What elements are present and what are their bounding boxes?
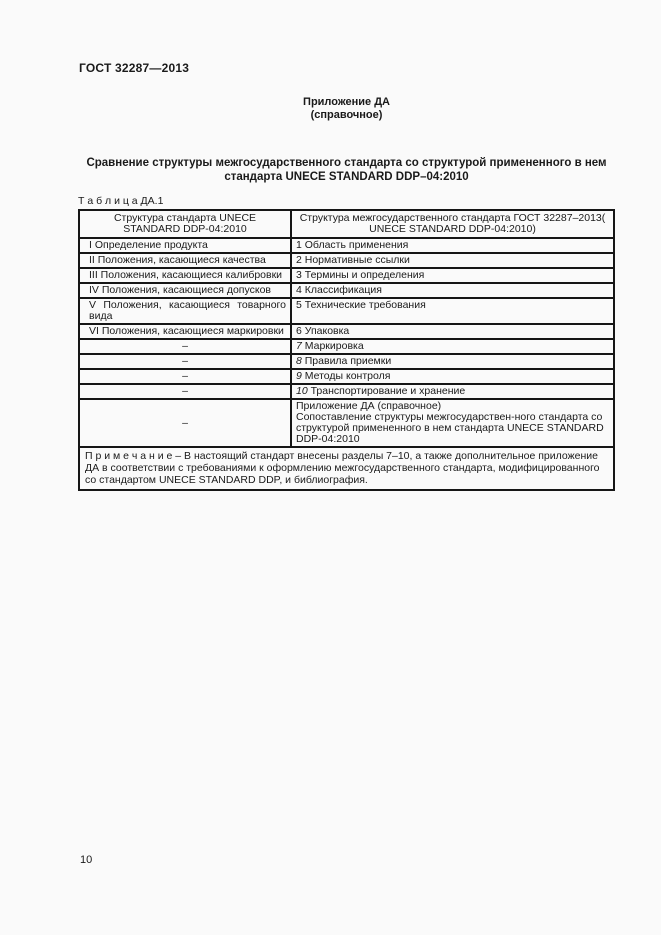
- cell-gost-section: 2 Нормативные ссылки: [291, 253, 614, 268]
- table-header-row: Структура стандарта UNECE STANDARD DDP-0…: [79, 210, 614, 238]
- cell-gost-section: 4 Классификация: [291, 283, 614, 298]
- table-row: – 8 Правила приемки: [79, 354, 614, 369]
- table-row: – 10 Транспортирование и хранение: [79, 384, 614, 399]
- cell-gost-section: 1 Область применения: [291, 238, 614, 253]
- cell-gost-section: 7 Маркировка: [291, 339, 614, 354]
- table-note-row: П р и м е ч а н и е – В настоящий станда…: [79, 447, 614, 490]
- table-row: – Приложение ДА (справочное) Сопоставлен…: [79, 399, 614, 447]
- table-row: III Положения, касающиеся калибровки 3 Т…: [79, 268, 614, 283]
- cell-gost-appendix: Приложение ДА (справочное) Сопоставление…: [291, 399, 614, 447]
- appendix-block: Приложение ДА (справочное): [78, 96, 615, 122]
- cell-unece-section: III Положения, касающиеся калибровки: [79, 268, 291, 283]
- cell-gost-section: 3 Термины и определения: [291, 268, 614, 283]
- cell-gost-section: 5 Технические требования: [291, 298, 614, 324]
- table-row: I Определение продукта 1 Область примене…: [79, 238, 614, 253]
- cell-unece-section-empty: –: [79, 339, 291, 354]
- cell-gost-section: 8 Правила приемки: [291, 354, 614, 369]
- appendix-heading: Приложение ДА: [78, 96, 615, 109]
- document-page: ГОСТ 32287—2013 Приложение ДА (справочно…: [0, 0, 661, 935]
- cell-unece-section-empty: –: [79, 384, 291, 399]
- cell-unece-section: V Положения, касающиеся товарного вида: [79, 298, 291, 324]
- table-row: – 7 Маркировка: [79, 339, 614, 354]
- cell-gost-section: 9 Методы контроля: [291, 369, 614, 384]
- cell-unece-section-empty: –: [79, 369, 291, 384]
- cell-unece-section: VI Положения, касающиеся маркировки: [79, 324, 291, 339]
- cell-gost-section: 6 Упаковка: [291, 324, 614, 339]
- cell-gost-section: 10 Транспортирование и хранение: [291, 384, 614, 399]
- table-caption: Т а б л и ц а ДА.1: [78, 195, 163, 207]
- table-note: П р и м е ч а н и е – В настоящий станда…: [79, 447, 614, 490]
- table-row: IV Положения, касающиеся допусков 4 Клас…: [79, 283, 614, 298]
- cell-unece-section: I Определение продукта: [79, 238, 291, 253]
- table-row: VI Положения, касающиеся маркировки 6 Уп…: [79, 324, 614, 339]
- cell-unece-section-empty: –: [79, 399, 291, 447]
- appendix-type: (справочное): [78, 109, 615, 122]
- table-row: V Положения, касающиеся товарного вида 5…: [79, 298, 614, 324]
- column-header-unece-structure: Структура стандарта UNECE STANDARD DDP-0…: [79, 210, 291, 238]
- table-row: II Положения, касающиеся качества 2 Норм…: [79, 253, 614, 268]
- table-row: – 9 Методы контроля: [79, 369, 614, 384]
- column-header-gost-structure: Структура межгосударственного стандарта …: [291, 210, 614, 238]
- cell-unece-section-empty: –: [79, 354, 291, 369]
- doc-number: ГОСТ 32287—2013: [79, 61, 189, 75]
- cell-unece-section: II Положения, касающиеся качества: [79, 253, 291, 268]
- document-title: Сравнение структуры межгосударственного …: [78, 156, 615, 184]
- comparison-table: Структура стандарта UNECE STANDARD DDP-0…: [78, 209, 615, 491]
- page-number: 10: [80, 854, 92, 866]
- cell-unece-section: IV Положения, касающиеся допусков: [79, 283, 291, 298]
